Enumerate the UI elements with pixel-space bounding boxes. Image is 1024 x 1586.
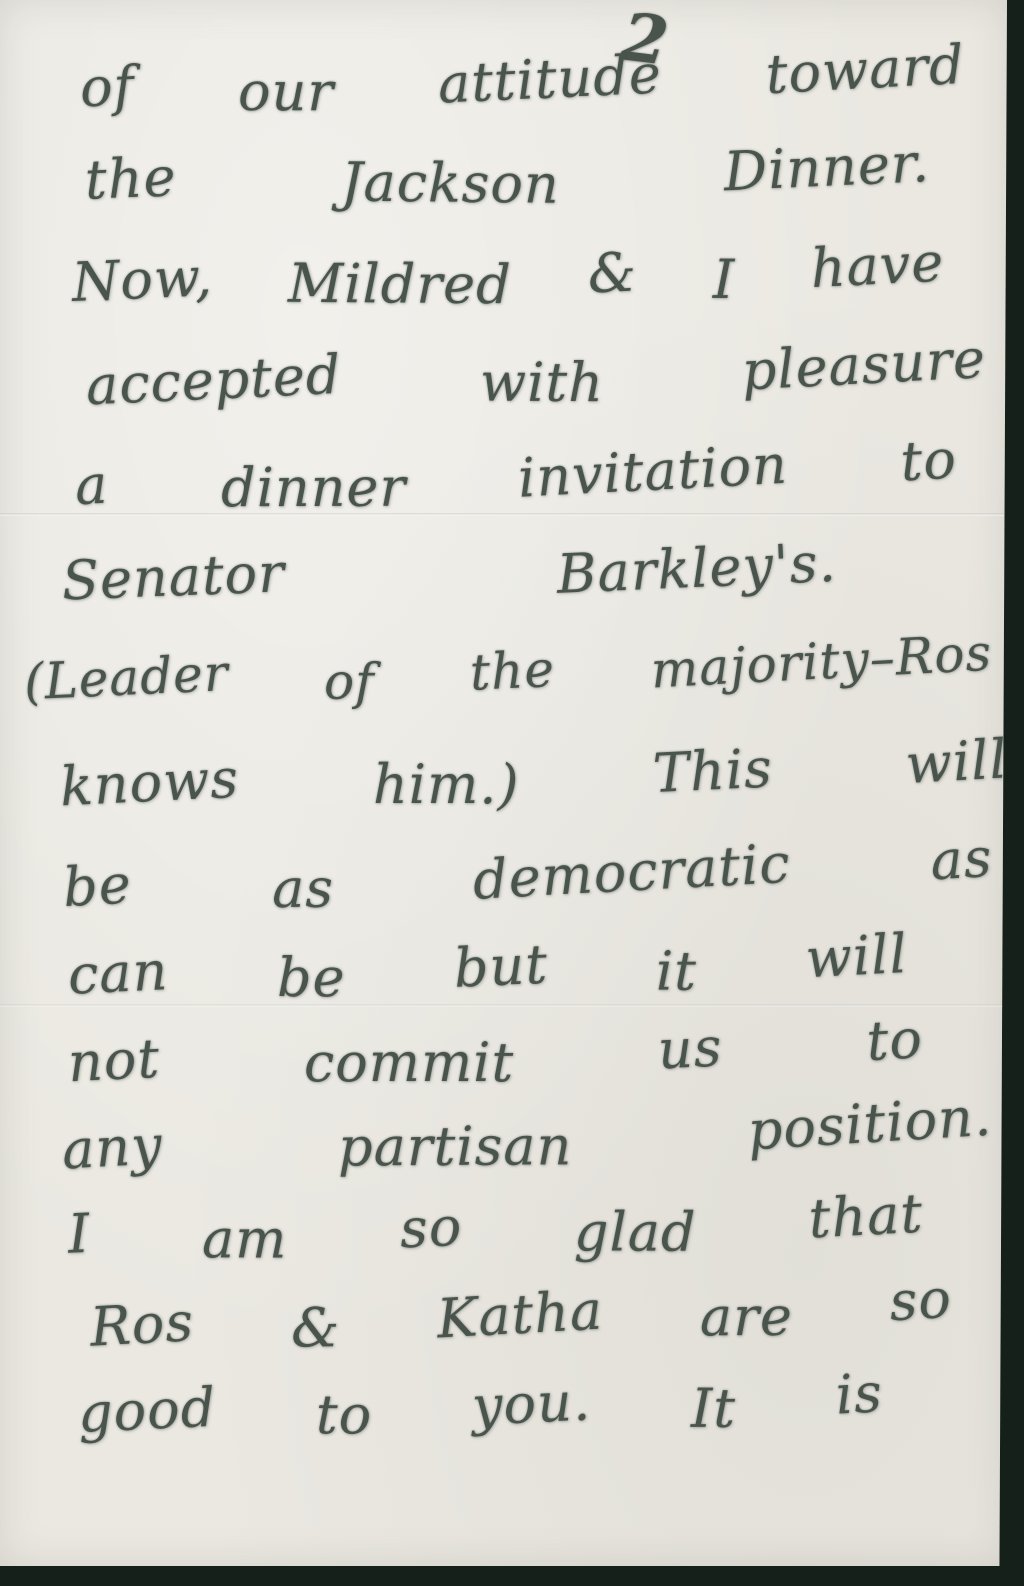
handwriting-word: him.) bbox=[373, 758, 520, 812]
handwriting-line: SenatorBarkley's. bbox=[62, 547, 837, 608]
handwriting-word: will bbox=[804, 927, 909, 986]
handwriting-word: am bbox=[202, 1212, 288, 1266]
handwriting-word: knows bbox=[59, 752, 240, 815]
handwriting-word: commit bbox=[304, 1036, 514, 1090]
handwriting-word: Ros bbox=[89, 1295, 196, 1355]
handwriting-word: the bbox=[84, 150, 177, 207]
handwriting-word: Mildred bbox=[288, 257, 512, 313]
handwriting-word: to bbox=[865, 1012, 924, 1069]
handwriting-word: pleasure bbox=[740, 332, 987, 399]
handwriting-word: have bbox=[809, 236, 945, 296]
handwriting-word: so bbox=[398, 1200, 463, 1257]
handwriting-word: Dinner. bbox=[722, 136, 930, 199]
handwriting-word: as bbox=[929, 831, 994, 889]
handwriting-word: not bbox=[67, 1032, 162, 1090]
handwriting-word: dinner bbox=[221, 461, 406, 516]
handwriting-word: with bbox=[479, 356, 603, 410]
handwriting-word: I bbox=[712, 253, 735, 307]
handwriting-word: but bbox=[453, 938, 549, 996]
handwriting-word: can bbox=[67, 944, 170, 1002]
handwriting-line: theJacksonDinner. bbox=[85, 146, 931, 209]
handwriting-line: Now,Mildred&Ihave bbox=[72, 244, 945, 310]
handwriting-word: to bbox=[316, 1388, 372, 1442]
handwriting-line: canbebutitwill bbox=[68, 935, 909, 1004]
fold-crease bbox=[0, 1004, 1007, 1007]
handwriting-word: as bbox=[271, 862, 333, 916]
handwriting-word: be bbox=[277, 951, 346, 1005]
handwriting-word: (Leader bbox=[23, 648, 230, 707]
handwriting-word: toward bbox=[764, 38, 966, 102]
handwriting-word: so bbox=[888, 1272, 953, 1330]
handwriting-line: ofourattitudetoward bbox=[80, 47, 966, 116]
handwriting-word: Barkley's. bbox=[556, 536, 838, 602]
handwriting-word: position. bbox=[746, 1090, 993, 1159]
letter-page: 2 ofourattitudetowardtheJacksonDinner.No… bbox=[0, 0, 1007, 1566]
handwriting-word: democratic bbox=[472, 837, 792, 908]
scan-backdrop: 2 ofourattitudetowardtheJacksonDinner.No… bbox=[0, 0, 1024, 1586]
handwriting-line: anypartisanposition. bbox=[61, 1100, 992, 1178]
handwriting-word: This bbox=[651, 741, 773, 801]
handwriting-word: a bbox=[74, 458, 110, 514]
handwriting-line: notcommitusto bbox=[68, 1019, 924, 1091]
handwriting-word: the bbox=[469, 644, 556, 698]
handwriting-word: you. bbox=[471, 1374, 592, 1433]
handwriting-word: majority–Ros bbox=[649, 628, 993, 696]
handwriting-word: will bbox=[904, 732, 1009, 792]
handwriting-line: knowshim.)Thiswill bbox=[60, 740, 1009, 814]
handwriting-word: partisan bbox=[338, 1119, 573, 1174]
handwriting-word: Katha bbox=[435, 1284, 604, 1347]
handwriting-word: are bbox=[700, 1290, 793, 1344]
handwriting-line: Iamsogladthat bbox=[68, 1195, 924, 1264]
handwriting-word: our bbox=[238, 65, 334, 119]
handwriting-line: acceptedwithpleasure bbox=[86, 342, 987, 412]
handwriting-word: invitation bbox=[517, 438, 789, 506]
handwriting-line: goodtoyou.Itis bbox=[78, 1373, 884, 1441]
handwriting-word: to bbox=[899, 432, 958, 489]
handwriting-word: it bbox=[656, 945, 697, 999]
handwriting-line: (Leaderofthemajority–Ros bbox=[24, 640, 993, 707]
handwriting-word: of bbox=[324, 657, 375, 707]
handwriting-word: Senator bbox=[61, 546, 286, 608]
handwriting-word: of bbox=[79, 59, 136, 115]
handwriting-word: I bbox=[67, 1207, 92, 1262]
handwriting-word: is bbox=[834, 1366, 884, 1422]
handwriting-word: accepted bbox=[85, 348, 343, 414]
handwriting-word: that bbox=[807, 1187, 924, 1247]
handwriting-word: attitude bbox=[437, 47, 663, 111]
handwriting-line: Ros&Kathaareso bbox=[89, 1279, 952, 1356]
handwriting-word: glad bbox=[574, 1205, 697, 1259]
handwriting-word: any bbox=[61, 1118, 164, 1177]
fold-crease bbox=[0, 513, 1007, 516]
handwriting-word: It bbox=[691, 1382, 736, 1436]
handwriting-word: & bbox=[291, 1301, 340, 1355]
handwriting-word: good bbox=[77, 1381, 217, 1441]
handwriting-word: be bbox=[62, 857, 133, 915]
handwriting-word: Jackson bbox=[340, 155, 559, 211]
handwriting-line: adinnerinvitationto bbox=[74, 439, 957, 515]
handwriting-word: Now, bbox=[71, 250, 214, 310]
handwriting-word: us bbox=[657, 1020, 724, 1077]
handwriting-line: beasdemocraticas bbox=[62, 838, 993, 916]
handwriting-word: & bbox=[587, 246, 638, 302]
